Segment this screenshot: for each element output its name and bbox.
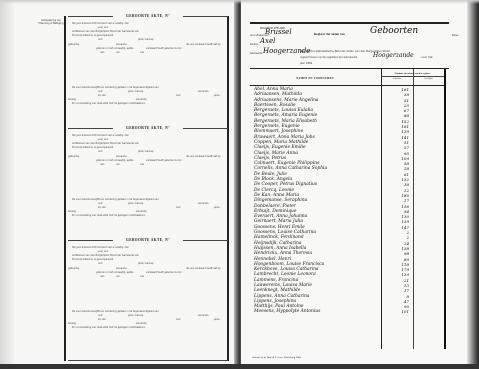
person-name: Hamelinck, Ferdinand (254, 235, 304, 240)
act-number: 18 (381, 166, 409, 171)
act-number: 156 (381, 204, 409, 209)
act-line: verklaard heeft geboren te zijn (146, 271, 181, 274)
act-line: Ambtenaar van den Burgerlijken Stand der… (72, 142, 139, 145)
act-line: Ten jare duizend acht honderd vier en ze… (72, 22, 129, 25)
act-line: wonende (116, 43, 126, 46)
person-name: Everaert, Anna Johanna (254, 214, 307, 219)
act-line: jaren, beroep (138, 262, 153, 265)
act-number: 130 (381, 214, 409, 219)
side-note: Belse (452, 34, 459, 37)
act-number: 2 (381, 230, 409, 235)
left-page: Aanteekening van Erkenning of Wettiging … (0, 0, 238, 369)
act-number: 17 (381, 198, 409, 203)
act-line: jaren, beroep (138, 150, 153, 153)
person-name: Lippens, Josephina (254, 299, 296, 304)
act-number: 51 (381, 140, 409, 145)
header-divider (381, 76, 444, 77)
act-line: verklaard heeft geboren te zijn (146, 159, 181, 162)
person-name: Dingemanse, Seraphina (254, 198, 307, 203)
act-number: 51 (381, 98, 409, 103)
act-number: 118 (381, 262, 409, 267)
act-line: oud (98, 202, 102, 205)
person-name: Leenknegt, Mathilde (254, 288, 300, 293)
act-number: 101 (381, 309, 409, 314)
act-rule-bottom (68, 360, 228, 361)
numbers-header: Nommer der akten van het register (381, 72, 444, 75)
act-number: 57 (381, 145, 409, 150)
person-name: Bergeraets, Louisa Eulalia (254, 108, 313, 113)
person-name: Kerckhove, Louisa Catharina (254, 267, 319, 272)
act-number: 139 (381, 272, 409, 277)
person-name: De Clercq, Leonie (254, 188, 294, 193)
births-subheader: Geboorten (381, 78, 413, 80)
act-number: 67 (381, 108, 409, 113)
act-line: oud (176, 206, 180, 209)
act-number: 152 (381, 119, 409, 124)
act-number: 98 (381, 251, 409, 256)
act-number: 132 (381, 177, 409, 182)
person-name: Lammens, Francina (254, 278, 298, 283)
act-line: wonende (198, 90, 208, 93)
municipality-label: Gemeente (250, 52, 263, 55)
person-name: Bergeraets, Amaria Eugenie (254, 113, 317, 118)
person-name: Lippens, Anna Catharina (254, 294, 309, 299)
act-line: jaren, beroep (128, 202, 143, 205)
act-line: De voornoemde aangifte en verklaring ged… (72, 198, 159, 201)
act-line: Ambtenaar van den Burgerlijken Stand der… (72, 254, 139, 257)
act-line: geboren in het vrouwelijk, welke (96, 159, 133, 162)
act-title: GEBOORTE AKTE, N° (113, 126, 183, 130)
act-line: Ten jare duizend acht honderd vier en ze… (72, 134, 129, 137)
person-name: Hoogenboom, Louise Francisca (254, 262, 324, 267)
act-line: De voornoemde aangifte en verklaring ged… (72, 310, 159, 313)
act-number: 22 (381, 188, 409, 193)
person-name: Bergeraets, Maria Elisabeth (254, 119, 317, 124)
act-line: geboortig (68, 43, 79, 46)
birth-act-1: GEBOORTE AKTE, N° Ten jare duizend acht … (68, 16, 228, 116)
arrondissement-value: Brussel (265, 28, 292, 36)
person-name: Abel, Anna Maria (254, 87, 293, 92)
act-line: Provincie Zeeland, is gecompareerd (72, 258, 113, 261)
person-name: Lauwereins, Louisa Marie (254, 283, 312, 288)
person-name: De Beule, Julie (254, 172, 287, 177)
person-name: Coppen, Maria Mathilde (254, 140, 308, 145)
act-line: die ons verklaard heeft dat op (186, 267, 221, 270)
act-line: wonende (136, 210, 146, 213)
margin-column (34, 16, 66, 361)
act-number: 139 (381, 219, 409, 224)
act-line: Ten jare duizend acht honderd vier en ze… (72, 246, 129, 249)
act-number: 61 (381, 172, 409, 177)
act-line: geboortig (68, 267, 79, 270)
act-number: 161 (381, 87, 409, 92)
act-line: en van (98, 94, 106, 97)
person-name: Adriaansen, Mathilda (254, 92, 302, 97)
act-number: 161 (381, 124, 409, 129)
act-number: 13 (381, 283, 409, 288)
act-line: wonende (136, 98, 146, 101)
person-name: Claeijs, Eugenie Emilie (254, 145, 306, 150)
register-type-value: Geboorten (370, 26, 418, 36)
act-line: van (140, 163, 144, 166)
act-number: 180 (381, 193, 409, 198)
act-number: 2 (381, 235, 409, 240)
act-number: 21 (381, 278, 409, 283)
act-line: wonende (198, 202, 208, 205)
act-line: den (100, 275, 104, 278)
act-line: en van (98, 206, 106, 209)
names-header: NAMEN EN VOORNAMEN. (250, 77, 381, 80)
act-line: jaren, (214, 318, 221, 321)
scan-top-edge (0, 0, 479, 4)
act-line: beroep (68, 210, 76, 213)
act-line: En na voorlezing van deze akte met de ge… (72, 326, 145, 329)
birth-act-3: GEBOORTE AKTE, N° Ten jare duizend acht … (68, 240, 228, 340)
act-line: jaren, (214, 206, 221, 209)
act-number: 58 (381, 161, 409, 166)
act-line: voor ons (98, 138, 108, 141)
act-number: 89 (381, 257, 409, 262)
act-line: jaren, (214, 94, 221, 97)
person-name: Matthijs, Paul Antoine (254, 304, 304, 309)
act-line: die ons verklaard heeft dat op (186, 155, 221, 158)
act-line: Ambtenaar van den Burgerlijken Stand der… (72, 30, 139, 33)
act-line: jaren, beroep (128, 314, 143, 317)
act-number: 20 (381, 103, 409, 108)
act-number: 88 (381, 113, 409, 118)
act-number: 94 (381, 209, 409, 214)
person-name: Erbuijt, Dominique (254, 209, 296, 214)
person-name: Lambrecht, Leonie Leonora (254, 272, 316, 277)
person-name: Bruwaert, Anna Maria Jobs (254, 135, 315, 140)
act-line: uur (116, 163, 120, 166)
act-number: 8 (381, 294, 409, 299)
person-name: Goossens, Louise Catharina (254, 230, 316, 235)
act-number: 24 (381, 241, 409, 246)
act-number: 17 (381, 288, 409, 293)
person-name: Claeijs, Petrus (254, 156, 286, 161)
person-name: De Block, Angela (254, 177, 292, 182)
canton-label: Kanton (250, 43, 258, 46)
act-title: GEBOORTE AKTE, N° (113, 14, 183, 18)
act-line: geboortig (68, 155, 79, 158)
person-name: Cornelis, Anna Catharina Sophia (254, 166, 327, 171)
act-line: van (140, 275, 144, 278)
canton-value: Axel (260, 37, 275, 45)
person-name: De Kan, Anna Maria (254, 193, 299, 198)
act-line: jaren, beroep (128, 90, 143, 93)
act-line: geboren in het vrouwelijk, welke (96, 271, 133, 274)
act-line: beroep (68, 322, 76, 325)
header-rule (250, 85, 444, 86)
act-line: En na voorlezing van deze akte met de ge… (72, 214, 145, 217)
act-line: voor ons (98, 250, 108, 253)
act-line: oud (98, 38, 102, 41)
act-line: die ons verklaard heeft dat op (186, 43, 221, 46)
act-number: 47 (381, 299, 409, 304)
header-body-line-2: ingeschreven op de registers der Gemeent… (300, 56, 357, 59)
act-line: oud (98, 150, 102, 153)
register-title: Register der akten van (314, 32, 345, 36)
person-name: Geirnaert, Maria Julia (254, 219, 303, 224)
person-name: Claeijs, Marie Anna (254, 151, 298, 156)
act-line: van (140, 51, 144, 54)
table-rows: Abel, Anna Maria161 Adriaansen, Mathilda… (250, 87, 444, 315)
right-page-edge (467, 0, 479, 369)
person-name: Bergeraets, Eugenie (254, 124, 300, 129)
act-number: 109 (381, 156, 409, 161)
scan-bottom-edge (0, 364, 479, 369)
act-number: 179 (381, 267, 409, 272)
act-number: 141 (381, 135, 409, 140)
header-municipality: Hoogerzande (373, 52, 414, 59)
act-line: voor ons (98, 26, 108, 29)
act-line: En na voorlezing van deze akte met de ge… (72, 102, 145, 105)
deaths-subheader: Overlijden (413, 78, 444, 80)
act-line: den (100, 163, 104, 166)
act-number: 139 (381, 129, 409, 134)
header-body-line-2-end: , voor het (420, 56, 433, 59)
act-line: en van (98, 318, 106, 321)
person-name: Goossens, Henri Emile (254, 225, 305, 230)
document-scan: Aanteekening van Erkenning of Wettiging … (0, 0, 479, 369)
person-name: Hendrickx, Anna Theresia (254, 251, 312, 256)
act-line: wonende (116, 267, 126, 270)
person-name: Baertsoen, Rosalie (254, 103, 296, 108)
act-line: geboren in het vrouwelijk, welke (96, 47, 133, 50)
person-name: Colmaert, Eugenie Philippine (254, 161, 320, 166)
person-name: De Cooper, Petrus Dignatius (254, 182, 317, 187)
act-line: oud (98, 314, 102, 317)
act-number: 38 (381, 92, 409, 97)
act-number: 95 (381, 151, 409, 156)
header-year: jaar 1864 (300, 62, 312, 65)
act-line: Provincie Zeeland, is gecompareerd (72, 34, 113, 37)
person-name: Adriaansens, Marie Angelina (254, 98, 319, 103)
names-table: NAMEN EN VOORNAMEN. Nommer der akten van… (250, 68, 449, 348)
person-name: Meesens, Hyppolyte Antonius (254, 309, 320, 314)
act-number: 38 (381, 182, 409, 187)
act-title: GEBOORTE AKTE, N° (113, 238, 183, 242)
act-line: wonende (136, 322, 146, 325)
act-line: Provincie Zeeland, is gecompareerd (72, 146, 113, 149)
person-name: Blommaert, Josephine (254, 129, 303, 134)
act-line: uur (116, 51, 120, 54)
table-row: Meesens, Hyppolyte Antonius101 (250, 309, 444, 314)
left-page-edge (0, 0, 14, 369)
act-line: beroep (68, 98, 76, 101)
act-line: uur (116, 275, 120, 278)
act-line: wonende (198, 314, 208, 317)
act-line: oud (176, 94, 180, 97)
act-line: oud (98, 262, 102, 265)
act-line: jaren, beroep (138, 38, 153, 41)
person-name: Huijssen, Anna Isabella (254, 246, 306, 251)
act-number: 90 (381, 304, 409, 309)
act-line: De voornoemde aangifte en verklaring ged… (72, 86, 159, 89)
margin-note: Aanteekening van Erkenning of Wettiging (37, 19, 65, 25)
act-line: den (100, 51, 104, 54)
person-name: Hennebel, Henri (254, 257, 291, 262)
act-number: 147 (381, 225, 409, 230)
register-header: PROVINCIE ZEELAND. Arrondissement Brusse… (250, 22, 449, 68)
person-name: Heijnsdijk, Catharina (254, 241, 301, 246)
act-line: oud (176, 318, 180, 321)
table-right-border (444, 69, 447, 349)
printer-footer: Gedrukt bij de Wed. A. F. Corss, Middelb… (252, 357, 301, 359)
act-line: wonende (116, 155, 126, 158)
birth-act-2: GEBOORTE AKTE, N° Ten jare duizend acht … (68, 128, 228, 228)
act-line: oud (98, 90, 102, 93)
act-line: verklaard heeft geboren te zijn (146, 47, 181, 50)
act-number: 138 (381, 246, 409, 251)
person-name: Dobbelaere, Pieter (254, 204, 296, 209)
